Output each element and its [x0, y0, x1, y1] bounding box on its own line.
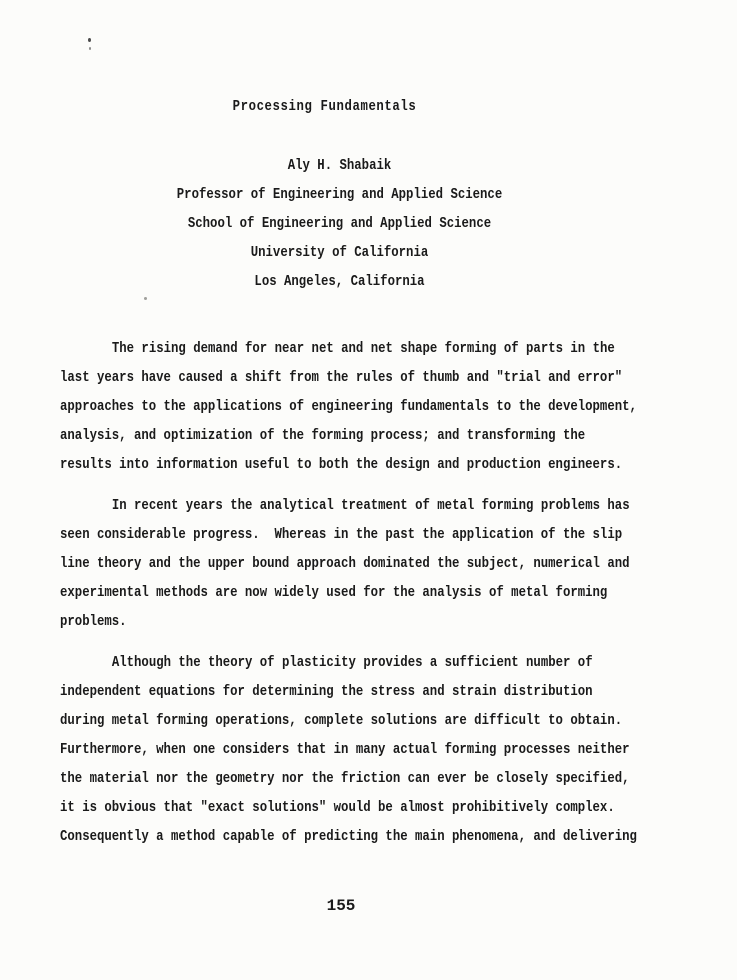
body-paragraph-2: In recent years the analytical treatment…: [60, 492, 648, 637]
page-number: 155: [291, 892, 391, 921]
author-position: Professor of Engineering and Applied Sci…: [42, 181, 637, 210]
author-university: University of California: [42, 239, 637, 268]
scanned-paper-page: Processing Fundamentals Aly H. Shabaik P…: [0, 0, 737, 980]
paper-title: Processing Fundamentals: [27, 93, 622, 122]
scan-artifact: [89, 47, 91, 50]
author-block: Aly H. Shabaik Professor of Engineering …: [42, 152, 637, 297]
scan-artifact: [144, 297, 147, 300]
body-paragraph-3: Although the theory of plasticity provid…: [60, 649, 648, 852]
author-school: School of Engineering and Applied Scienc…: [42, 210, 637, 239]
body-paragraph-1: The rising demand for near net and net s…: [60, 335, 648, 480]
scan-artifact: [88, 38, 91, 42]
author-name: Aly H. Shabaik: [42, 152, 637, 181]
author-city: Los Angeles, California: [42, 268, 637, 297]
